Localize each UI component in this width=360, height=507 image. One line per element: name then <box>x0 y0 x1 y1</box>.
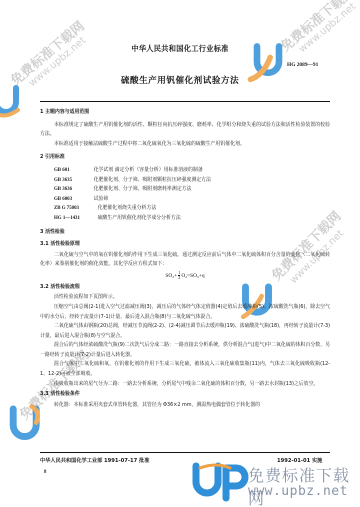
section-heading-2: 2 引用标准 <box>40 153 330 163</box>
reference-item: GB 6003 试验筛 <box>40 195 330 205</box>
header-divider <box>40 101 330 102</box>
paragraph: 混合后的气体经浓硫酸洗气瓶(9)二次洗气后分成二路：一路直接去分析系统，供分析混… <box>40 341 330 360</box>
paragraph: 活性检验流程如下页图所示。 <box>40 293 330 303</box>
paragraph: 二氧化硫与空气中的氧在钒催化剂的作用下生成三氧化硫。通过测定反应前后气体中二氧化… <box>40 251 330 270</box>
subsection-heading-3-1: 3.1 活性检验原理 <box>40 240 330 250</box>
page-number: 8 <box>44 470 46 475</box>
section-heading-1: 1 主题内容与适用范围 <box>40 108 330 118</box>
issuing-organization: 中华人民共和国化工行业标准 <box>0 44 360 54</box>
reference-item: GB 3636 化肥催化剂、分子筛、吸附剂磨耗率测定方法 <box>40 185 330 195</box>
paragraph: 二氧化硫气体由钢瓶(20)总阀，经减压节流阀(2-2)、(2-4)减压调节后去缓… <box>40 322 330 341</box>
paragraph: 本标准规定了硫酸生产用钒催化剂的活性、颗粒径向抗压碎强度、磨耗率、化学组分和烧失… <box>40 121 330 140</box>
paragraph: 压缩空气由总阀(2-1)进入空气过滤减压阀(3)，减压后的气体经气体定值器(4)… <box>40 303 330 322</box>
chemical-equation: SO₂+12O₂=SO₃+q <box>40 271 330 282</box>
section-heading-3: 3 活性检验 <box>40 228 330 238</box>
standard-code: HG 2089—91 <box>287 62 318 68</box>
paragraph: 由吸收瓶出来的尾气分为二路：一路去分析系统，分析尾气中残余二氧化硫的体积百分数，… <box>40 380 330 390</box>
watermark-top-left: 免费标准下载网 www.upbz.net <box>0 0 130 110</box>
document-title: 硫酸生产用钒催化剂试验方法 <box>0 74 360 86</box>
up-logo-icon <box>0 82 28 122</box>
paragraph: 转化器：本标准采用夹套式单管转化器，其管径为 Φ36×2 mm，测温热电偶套管位… <box>40 401 330 411</box>
paragraph: 混合气体中二氧化硫和氧，在钒催化剂的作用下生成三氧化硫，被体流入三氧化硫收集瓶(… <box>40 360 330 379</box>
subsection-heading-3-2: 3.2 活性检验流程 <box>40 283 330 293</box>
reference-item: ZB G 75003 化肥催化剂烧失重分析方法 <box>40 204 330 214</box>
paragraph: 本标准适用于接触法硫酸生产过程中将二氧化硫氧化为三氧化硫的硫酸生产用钒催化剂。 <box>40 140 330 150</box>
reference-item: GB 3635 化肥催化剂、分子筛、吸附剂颗粒抗压碎强度测定方法 <box>40 176 330 186</box>
subsection-heading-3-3: 3.3 活性检验条件 <box>40 390 330 400</box>
fraction: 12 <box>178 271 180 281</box>
approval-date: 中华人民共和国化学工业部 1991-07-17 批准 <box>40 457 149 464</box>
reference-item: HG 1—1431 硫酸生产用钒催化剂化学成分分析方法 <box>40 214 330 224</box>
document-page: 免费标准下载网 www.upbz.net 免费标准下载网 www.upbz.ne… <box>0 0 360 507</box>
reference-item: GB 601 化学试剂 滴定分析（容量分析）用标准溶液的制备 <box>40 166 330 176</box>
up-brand-logo-icon <box>190 462 252 502</box>
footer-divider <box>40 452 330 453</box>
document-body: 1 主题内容与适用范围 本标准规定了硫酸生产用钒催化剂的活性、颗粒径向抗压碎强度… <box>40 107 330 410</box>
brand-url: www.upbz.net <box>248 484 348 499</box>
